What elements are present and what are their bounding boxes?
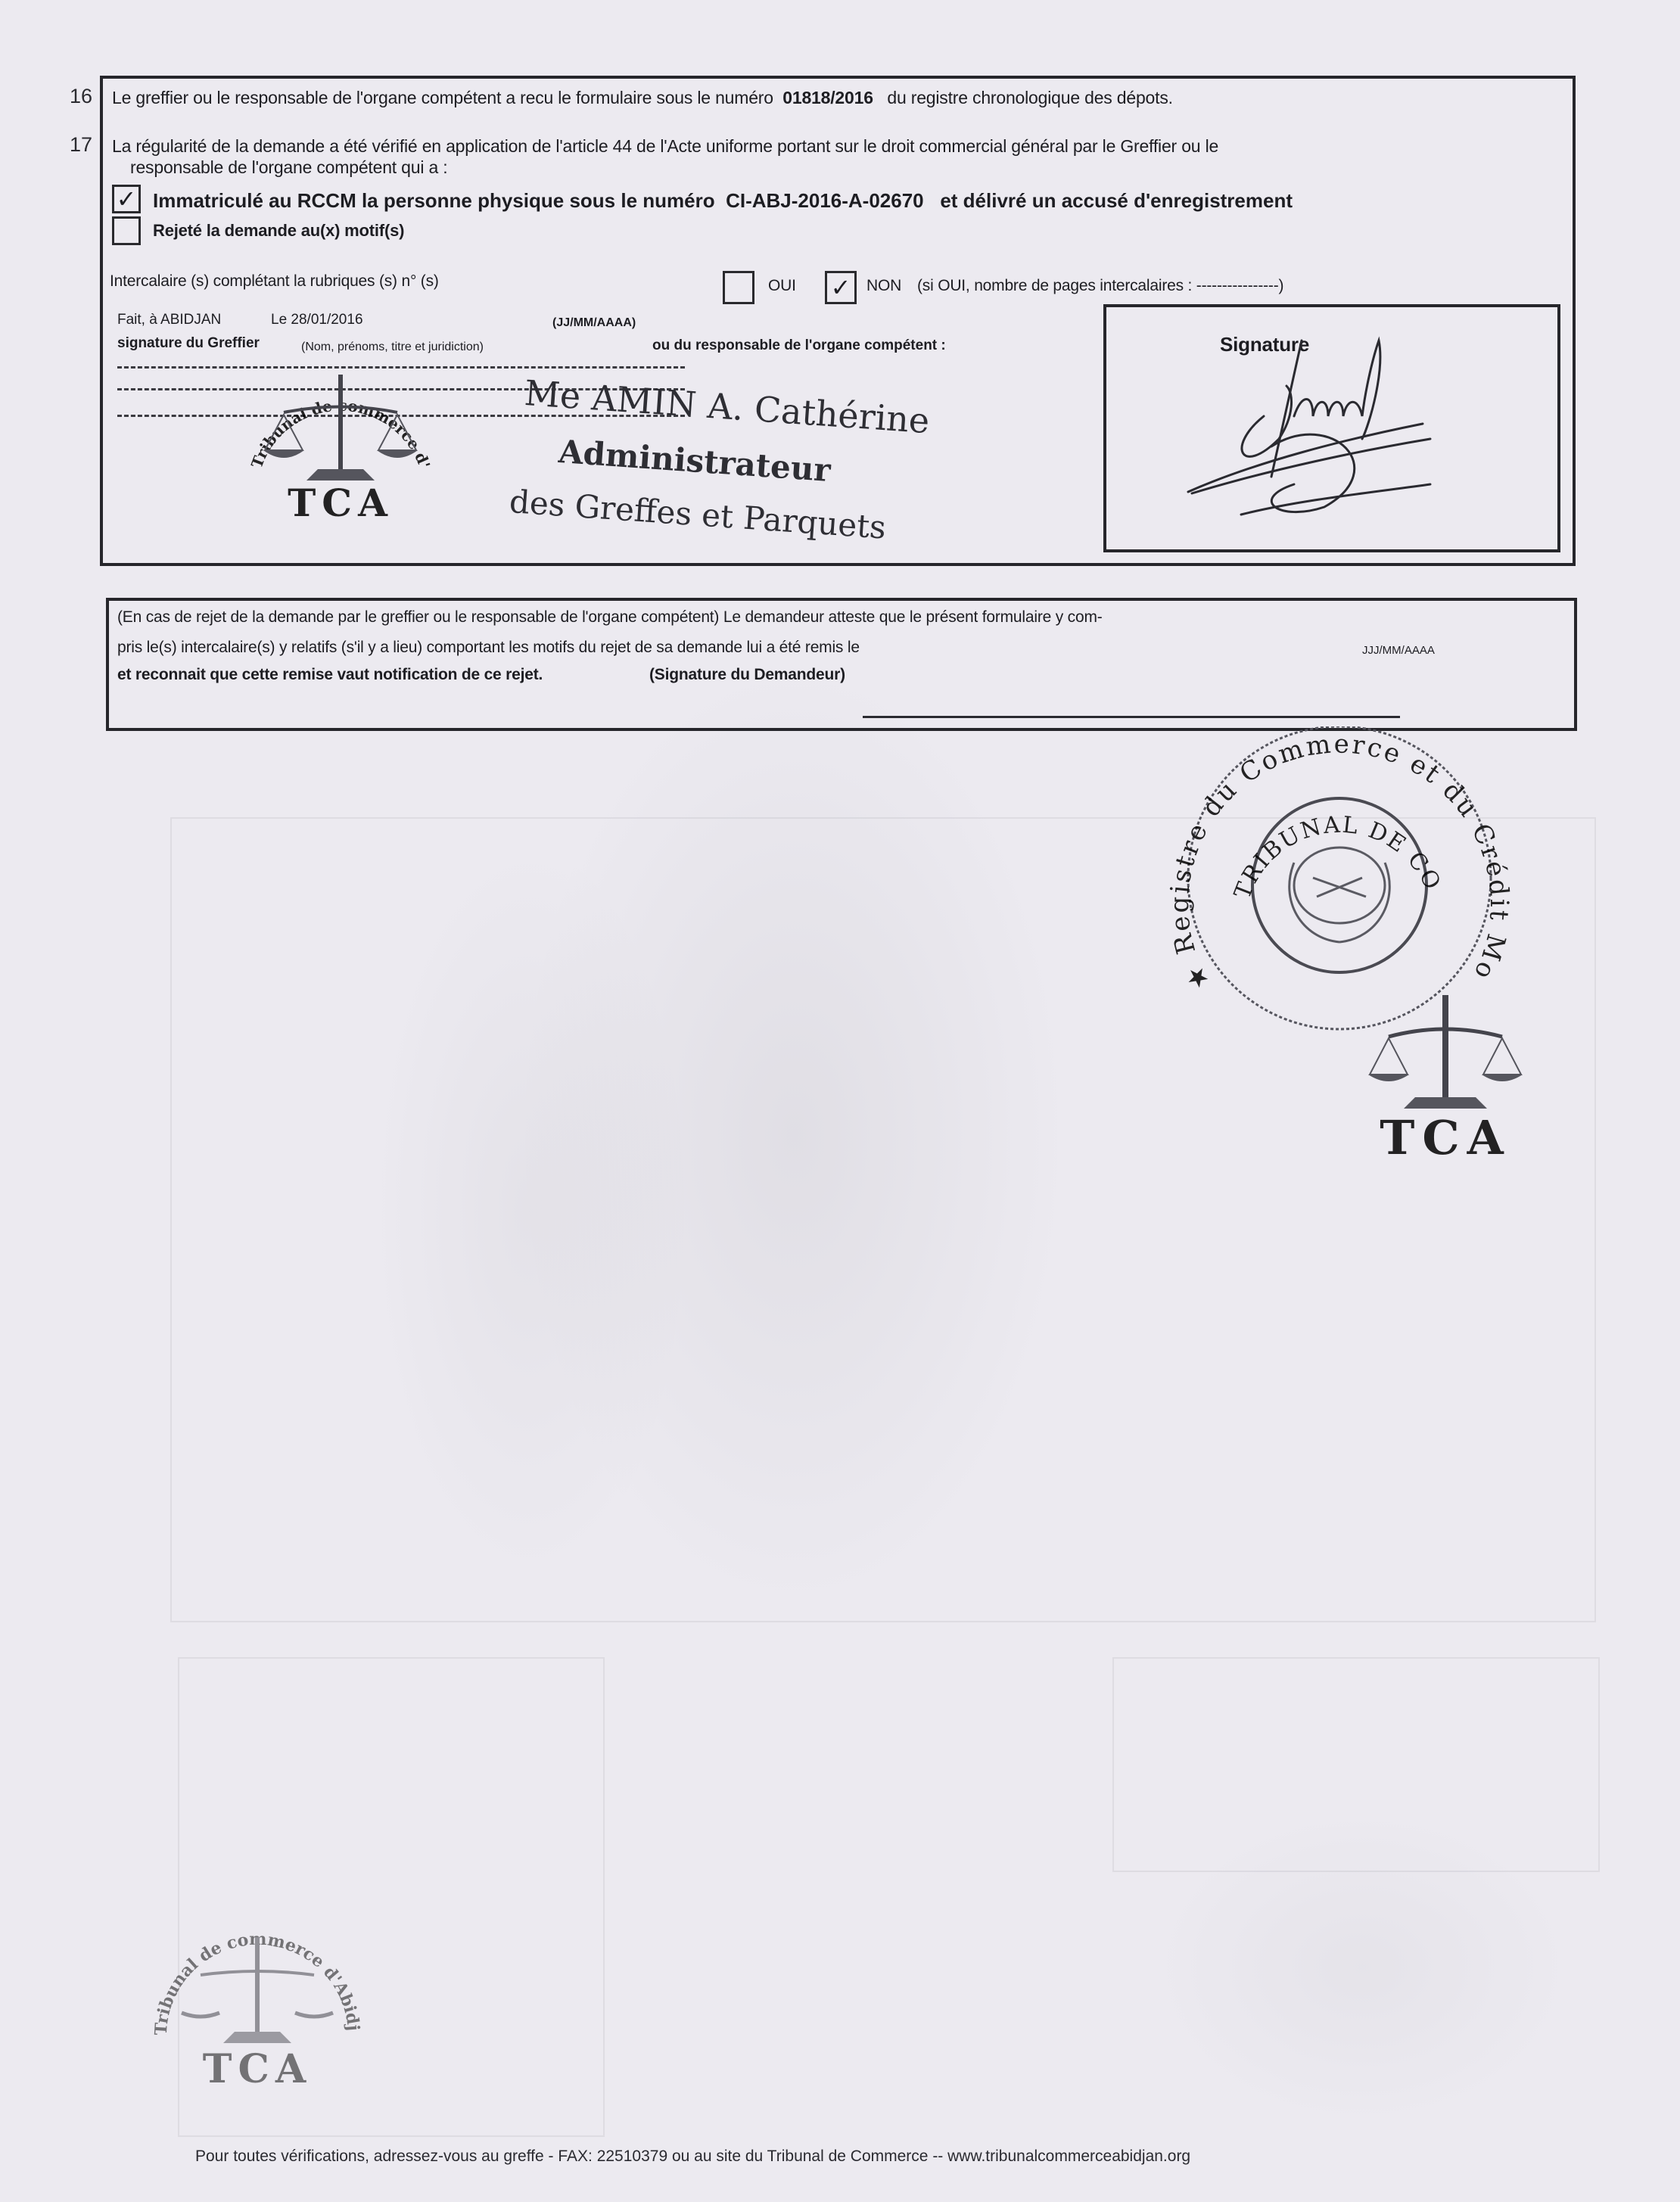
intercalaire-note: (si OUI, nombre de pages intercalaires :… bbox=[917, 277, 1283, 295]
intercalaire-label: Intercalaire (s) complétant la rubriques… bbox=[110, 272, 439, 291]
responsable-label: ou du responsable de l'organe compétent … bbox=[652, 337, 946, 354]
section17-intro-cont: responsable de l'organe compétent qui a … bbox=[130, 157, 447, 178]
section17-intro: La régularité de la demande a été vérifi… bbox=[112, 136, 1218, 157]
rejection-date-format: JJJ/MM/AAAA bbox=[1362, 644, 1435, 657]
handwritten-signature bbox=[1181, 325, 1468, 522]
footer-verification-note: Pour toutes vérifications, adressez-vous… bbox=[195, 2148, 1190, 2166]
non-label: NON bbox=[866, 277, 901, 295]
name-hint: (Nom, prénoms, titre et juridiction) bbox=[301, 341, 484, 354]
date-value: Le 28/01/2016 bbox=[271, 312, 363, 328]
rejection-text-line3: et reconnait que cette remise vaut notif… bbox=[117, 666, 543, 684]
section-number-16: 16 bbox=[70, 85, 92, 108]
tca-stamp: Tribunal de commerce d'Abidjan TCA bbox=[242, 356, 439, 522]
rejected-option-text: Rejeté la demande au(x) motif(s) bbox=[153, 221, 404, 241]
checkmark-icon: ✓ bbox=[117, 187, 137, 211]
oui-label: OUI bbox=[768, 277, 796, 295]
registry-round-stamp: ★ Registre du Commerce et du Crédit Mobi… bbox=[1165, 726, 1574, 1165]
oui-checkbox[interactable] bbox=[723, 271, 754, 304]
bottom-tca-stamp: Tribunal de commerce d'Abidjan TCA bbox=[151, 1907, 363, 2088]
demandeur-signature-label: (Signature du Demandeur) bbox=[649, 666, 845, 684]
fait-a-location: Fait, à ABIDJAN bbox=[117, 312, 221, 328]
depot-number: 01818/2016 bbox=[782, 88, 873, 107]
svg-text:TCA: TCA bbox=[203, 2046, 312, 2088]
registered-checkbox[interactable]: ✓ bbox=[112, 185, 141, 213]
non-checkbox[interactable]: ✓ bbox=[825, 271, 857, 304]
svg-text:★ Registre du Commerce et du C: ★ Registre du Commerce et du Crédit Mobi… bbox=[1165, 726, 1514, 994]
signature-greffier-label: signature du Greffier bbox=[117, 335, 260, 352]
checkmark-icon: ✓ bbox=[831, 275, 851, 300]
date-format-hint: (JJ/MM/AAAA) bbox=[552, 316, 636, 330]
rejection-text-line1: (En cas de rejet de la demande par le gr… bbox=[117, 608, 1103, 627]
rccm-number: CI-ABJ-2016-A-02670 bbox=[726, 189, 924, 212]
rejection-text-line2: pris le(s) intercalaire(s) y relatifs (s… bbox=[117, 639, 860, 657]
section16-text: Le greffier ou le responsable de l'organ… bbox=[112, 88, 1173, 108]
rejected-checkbox[interactable] bbox=[112, 216, 141, 245]
svg-text:TCA: TCA bbox=[1380, 1110, 1511, 1165]
svg-text:TCA: TCA bbox=[288, 481, 394, 522]
bleed-through-box bbox=[1112, 1657, 1600, 1872]
registered-option-text: Immatriculé au RCCM la personne physique… bbox=[153, 189, 1293, 213]
demandeur-signature-line bbox=[863, 716, 1400, 718]
section-number-17: 17 bbox=[70, 133, 92, 157]
